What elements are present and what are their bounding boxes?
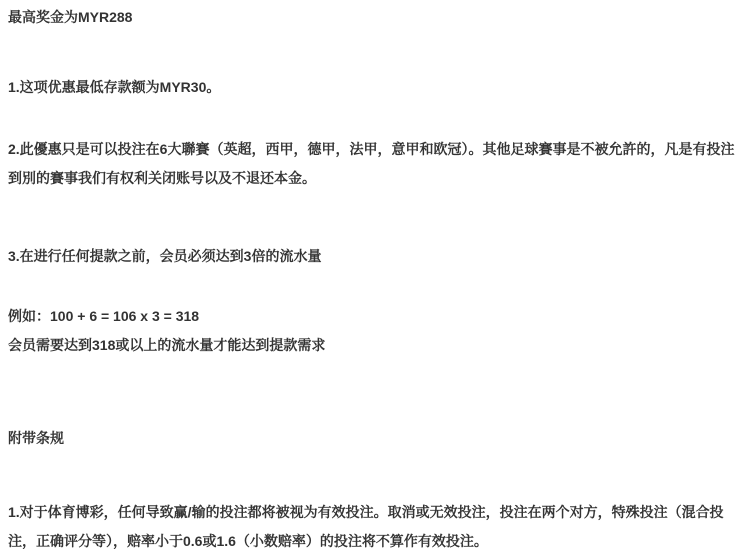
example-formula: 例如：100 + 6 = 106 x 3 = 318 — [8, 302, 744, 331]
terms-document: 最高奖金为MYR288 1.这项优惠最低存款额为MYR30。 2.此優惠只是可以… — [0, 0, 750, 549]
term-turnover: 3.在进行任何提款之前，会员必须达到3倍的流水量 — [8, 242, 744, 271]
term-leagues: 2.此優惠只是可以投注在6大聯賽（英超，西甲，德甲，法甲，意甲和欧冠）。其他足球… — [8, 135, 744, 193]
max-bonus-text: 最高奖金为MYR288 — [8, 3, 744, 32]
appendix-heading: 附带条规 — [8, 424, 744, 453]
appendix-term-valid-bets: 1.对于体育博彩，任何导致赢/输的投注都将被视为有效投注。取消或无效投注，投注在… — [8, 498, 744, 549]
term-min-deposit: 1.这项优惠最低存款额为MYR30。 — [8, 73, 744, 102]
example-note: 会员需要达到318或以上的流水量才能达到提款需求 — [8, 331, 744, 360]
